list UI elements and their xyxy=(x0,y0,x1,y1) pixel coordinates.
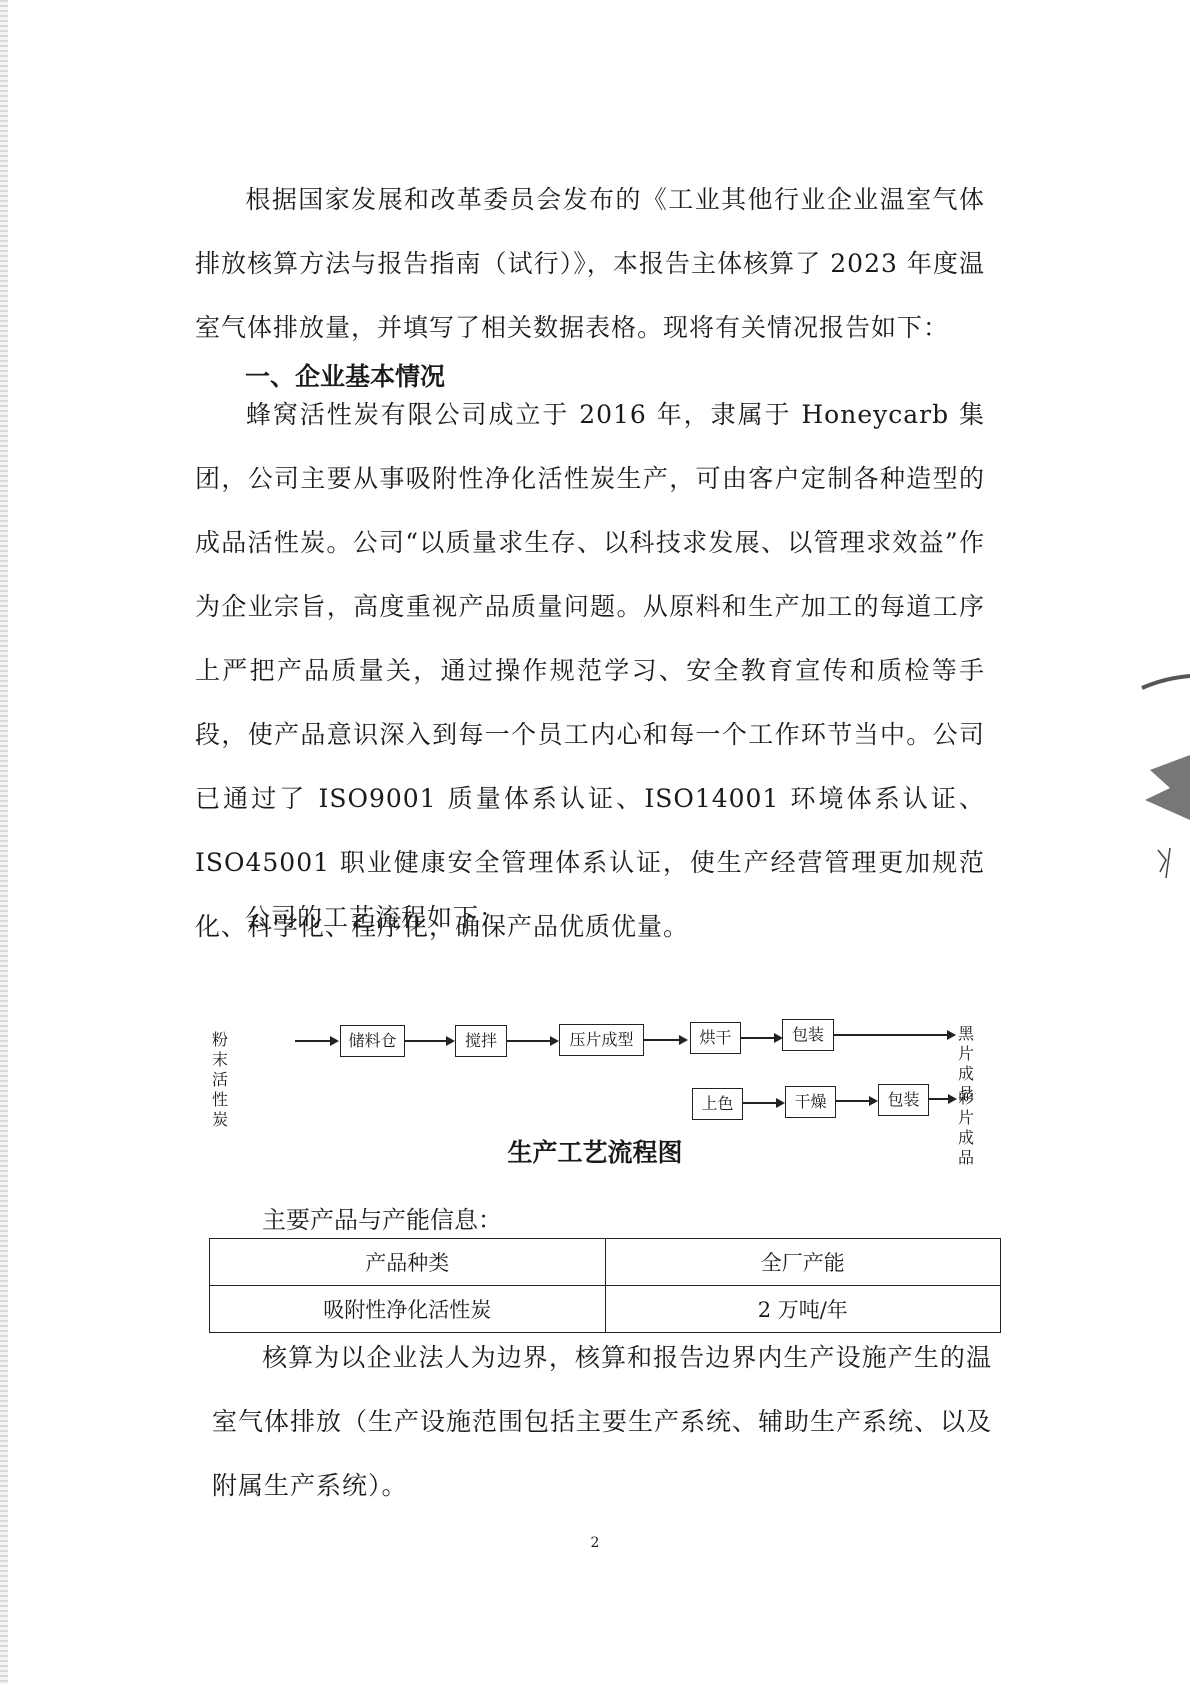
flow-step-coloring: 上色 xyxy=(692,1088,743,1120)
arrow-right-icon xyxy=(743,1102,783,1104)
scan-edge xyxy=(0,0,8,1684)
flow-input: 粉末活性炭 xyxy=(212,1030,228,1130)
flow-step-dry: 干燥 xyxy=(785,1086,836,1118)
flow-step-storage: 储料仓 xyxy=(340,1025,405,1057)
company-text: 蜂窝活性炭有限公司成立于 2016 年，隶属于 Honeycarb 集团，公司主… xyxy=(195,400,985,941)
arrow-right-icon xyxy=(929,1098,955,1100)
boundary-paragraph: 核算为以企业法人为边界，核算和报告边界内生产设施产生的温室气体排放（生产设施范围… xyxy=(212,1326,992,1518)
arrow-right-icon xyxy=(836,1100,876,1102)
arrow-right-icon xyxy=(507,1040,557,1042)
flow-step-pressing: 压片成型 xyxy=(559,1024,644,1056)
capacity-table: 产品种类 全厂产能 吸附性净化活性炭 2 万吨/年 xyxy=(209,1238,1001,1333)
company-paragraph: 蜂窝活性炭有限公司成立于 2016 年，隶属于 Honeycarb 集团，公司主… xyxy=(195,383,985,959)
intro-paragraph: 根据国家发展和改革委员会发布的《工业其他行业企业温室气体排放核算方法与报告指南（… xyxy=(195,168,985,360)
seal-stamp-icon xyxy=(1140,670,1190,890)
intro-text: 根据国家发展和改革委员会发布的《工业其他行业企业温室气体排放核算方法与报告指南（… xyxy=(195,185,985,342)
boundary-text: 核算为以企业法人为边界，核算和报告边界内生产设施产生的温室气体排放（生产设施范围… xyxy=(212,1343,992,1500)
header-capacity: 全厂产能 xyxy=(605,1239,1001,1286)
arrow-right-icon xyxy=(834,1034,954,1036)
arrow-right-icon xyxy=(405,1040,453,1042)
flow-step-mixing: 搅拌 xyxy=(455,1025,507,1057)
table-intro: 主要产品与产能信息： xyxy=(262,1200,502,1235)
flow-step-pack-color: 包装 xyxy=(878,1084,929,1116)
flow-step-packing: 包装 xyxy=(782,1019,834,1051)
arrow-right-icon xyxy=(295,1040,337,1042)
header-product-type: 产品种类 xyxy=(210,1239,606,1286)
flowchart-caption: 生产工艺流程图 xyxy=(0,1133,1190,1169)
page-number: 2 xyxy=(0,1535,1190,1551)
table-header-row: 产品种类 全厂产能 xyxy=(210,1239,1001,1286)
flow-step-drying: 烘干 xyxy=(690,1022,741,1054)
process-intro: 公司的工艺流程如下： xyxy=(245,886,1035,950)
arrow-right-icon xyxy=(644,1039,686,1041)
arrow-right-icon xyxy=(741,1037,781,1039)
